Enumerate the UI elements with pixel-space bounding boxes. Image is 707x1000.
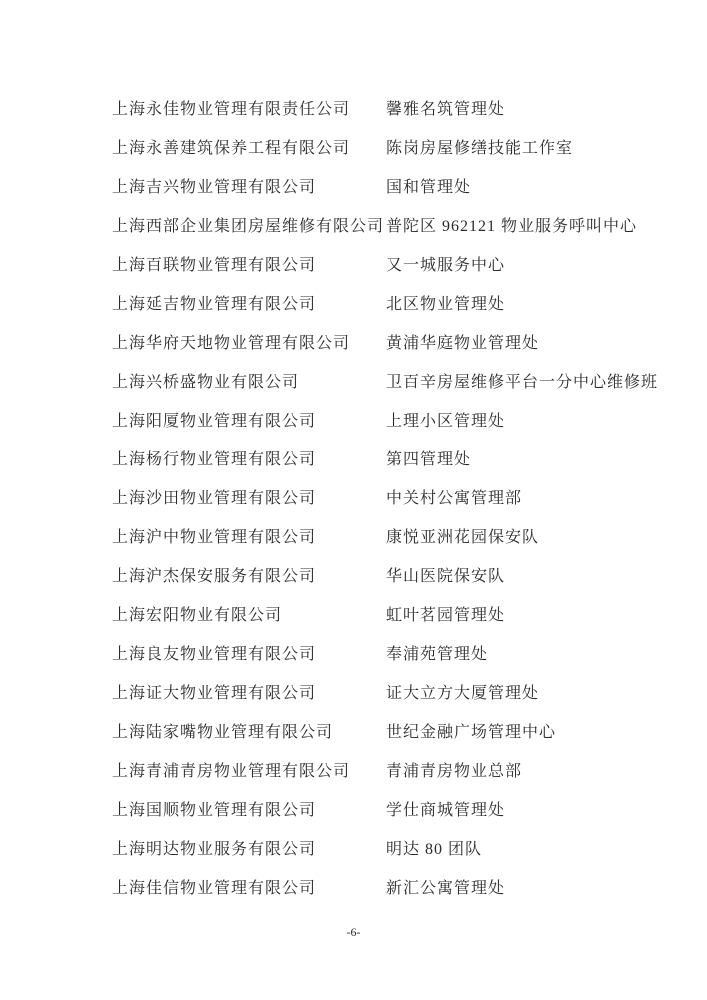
office-name: 陈岗房屋修缮技能工作室: [386, 139, 627, 159]
page-number: -6-: [0, 924, 707, 940]
office-name: 黄浦华庭物业管理处: [386, 334, 627, 354]
table-row: 上海吉兴物业管理有限公司 国和管理处: [112, 178, 627, 217]
office-name: 华山医院保安队: [386, 567, 627, 587]
company-name: 上海百联物业管理有限公司: [112, 256, 386, 276]
office-name: 康悦亚洲花园保安队: [386, 528, 627, 548]
office-name: 明达 80 团队: [386, 840, 627, 860]
office-name: 世纪金融广场管理中心: [386, 723, 627, 743]
office-name: 虹叶茗园管理处: [386, 606, 627, 626]
office-name: 上理小区管理处: [386, 412, 627, 432]
table-row: 上海杨行物业管理有限公司 第四管理处: [112, 450, 627, 489]
company-name: 上海沙田物业管理有限公司: [112, 489, 386, 509]
table-row: 上海延吉物业管理有限公司 北区物业管理处: [112, 295, 627, 334]
company-name: 上海吉兴物业管理有限公司: [112, 178, 386, 198]
office-name: 普陀区 962121 物业服务呼叫中心: [386, 217, 637, 237]
company-name: 上海良友物业管理有限公司: [112, 645, 386, 665]
table-row: 上海青浦青房物业管理有限公司 青浦青房物业总部: [112, 762, 627, 801]
company-name: 上海兴桥盛物业有限公司: [112, 373, 386, 393]
company-name: 上海沪中物业管理有限公司: [112, 528, 386, 548]
company-name: 上海宏阳物业有限公司: [112, 606, 386, 626]
document-page: { "page": { "number_label": "-6-" }, "co…: [0, 0, 707, 1000]
table-row: 上海陆家嘴物业管理有限公司 世纪金融广场管理中心: [112, 723, 627, 762]
table-row: 上海永善建筑保养工程有限公司 陈岗房屋修缮技能工作室: [112, 139, 627, 178]
company-name: 上海永佳物业管理有限责任公司: [112, 100, 386, 120]
office-name: 中关村公寓管理部: [386, 489, 627, 509]
office-name: 证大立方大厦管理处: [386, 684, 627, 704]
company-name: 上海国顺物业管理有限公司: [112, 801, 386, 821]
company-name: 上海杨行物业管理有限公司: [112, 450, 386, 470]
table-row: 上海国顺物业管理有限公司 学仕商城管理处: [112, 801, 627, 840]
table-row: 上海西部企业集团房屋维修有限公司 普陀区 962121 物业服务呼叫中心: [112, 217, 627, 256]
company-office-list: 上海永佳物业管理有限责任公司 馨雅名筑管理处 上海永善建筑保养工程有限公司 陈岗…: [112, 100, 627, 918]
office-name: 国和管理处: [386, 178, 627, 198]
company-name: 上海延吉物业管理有限公司: [112, 295, 386, 315]
company-name: 上海明达物业服务有限公司: [112, 840, 386, 860]
table-row: 上海兴桥盛物业有限公司 卫百辛房屋维修平台一分中心维修班: [112, 373, 627, 412]
table-row: 上海沙田物业管理有限公司 中关村公寓管理部: [112, 489, 627, 528]
table-row: 上海永佳物业管理有限责任公司 馨雅名筑管理处: [112, 100, 627, 139]
table-row: 上海佳信物业管理有限公司 新汇公寓管理处: [112, 879, 627, 918]
table-row: 上海明达物业服务有限公司 明达 80 团队: [112, 840, 627, 879]
office-name: 青浦青房物业总部: [386, 762, 627, 782]
table-row: 上海华府天地物业管理有限公司 黄浦华庭物业管理处: [112, 334, 627, 373]
company-name: 上海永善建筑保养工程有限公司: [112, 139, 386, 159]
company-name: 上海沪杰保安服务有限公司: [112, 567, 386, 587]
company-name: 上海佳信物业管理有限公司: [112, 879, 386, 899]
office-name: 学仕商城管理处: [386, 801, 627, 821]
company-name: 上海证大物业管理有限公司: [112, 684, 386, 704]
table-row: 上海证大物业管理有限公司 证大立方大厦管理处: [112, 684, 627, 723]
table-row: 上海沪杰保安服务有限公司 华山医院保安队: [112, 567, 627, 606]
office-name: 第四管理处: [386, 450, 627, 470]
office-name: 馨雅名筑管理处: [386, 100, 627, 120]
table-row: 上海良友物业管理有限公司 奉浦苑管理处: [112, 645, 627, 684]
company-name: 上海陆家嘴物业管理有限公司: [112, 723, 386, 743]
table-row: 上海沪中物业管理有限公司 康悦亚洲花园保安队: [112, 528, 627, 567]
company-name: 上海西部企业集团房屋维修有限公司: [112, 217, 386, 237]
office-name: 北区物业管理处: [386, 295, 627, 315]
office-name: 又一城服务中心: [386, 256, 627, 276]
company-name: 上海阳厦物业管理有限公司: [112, 412, 386, 432]
office-name: 奉浦苑管理处: [386, 645, 627, 665]
company-name: 上海华府天地物业管理有限公司: [112, 334, 386, 354]
table-row: 上海阳厦物业管理有限公司 上理小区管理处: [112, 412, 627, 451]
office-name: 卫百辛房屋维修平台一分中心维修班: [386, 373, 658, 393]
table-row: 上海百联物业管理有限公司 又一城服务中心: [112, 256, 627, 295]
company-name: 上海青浦青房物业管理有限公司: [112, 762, 386, 782]
table-row: 上海宏阳物业有限公司 虹叶茗园管理处: [112, 606, 627, 645]
office-name: 新汇公寓管理处: [386, 879, 627, 899]
